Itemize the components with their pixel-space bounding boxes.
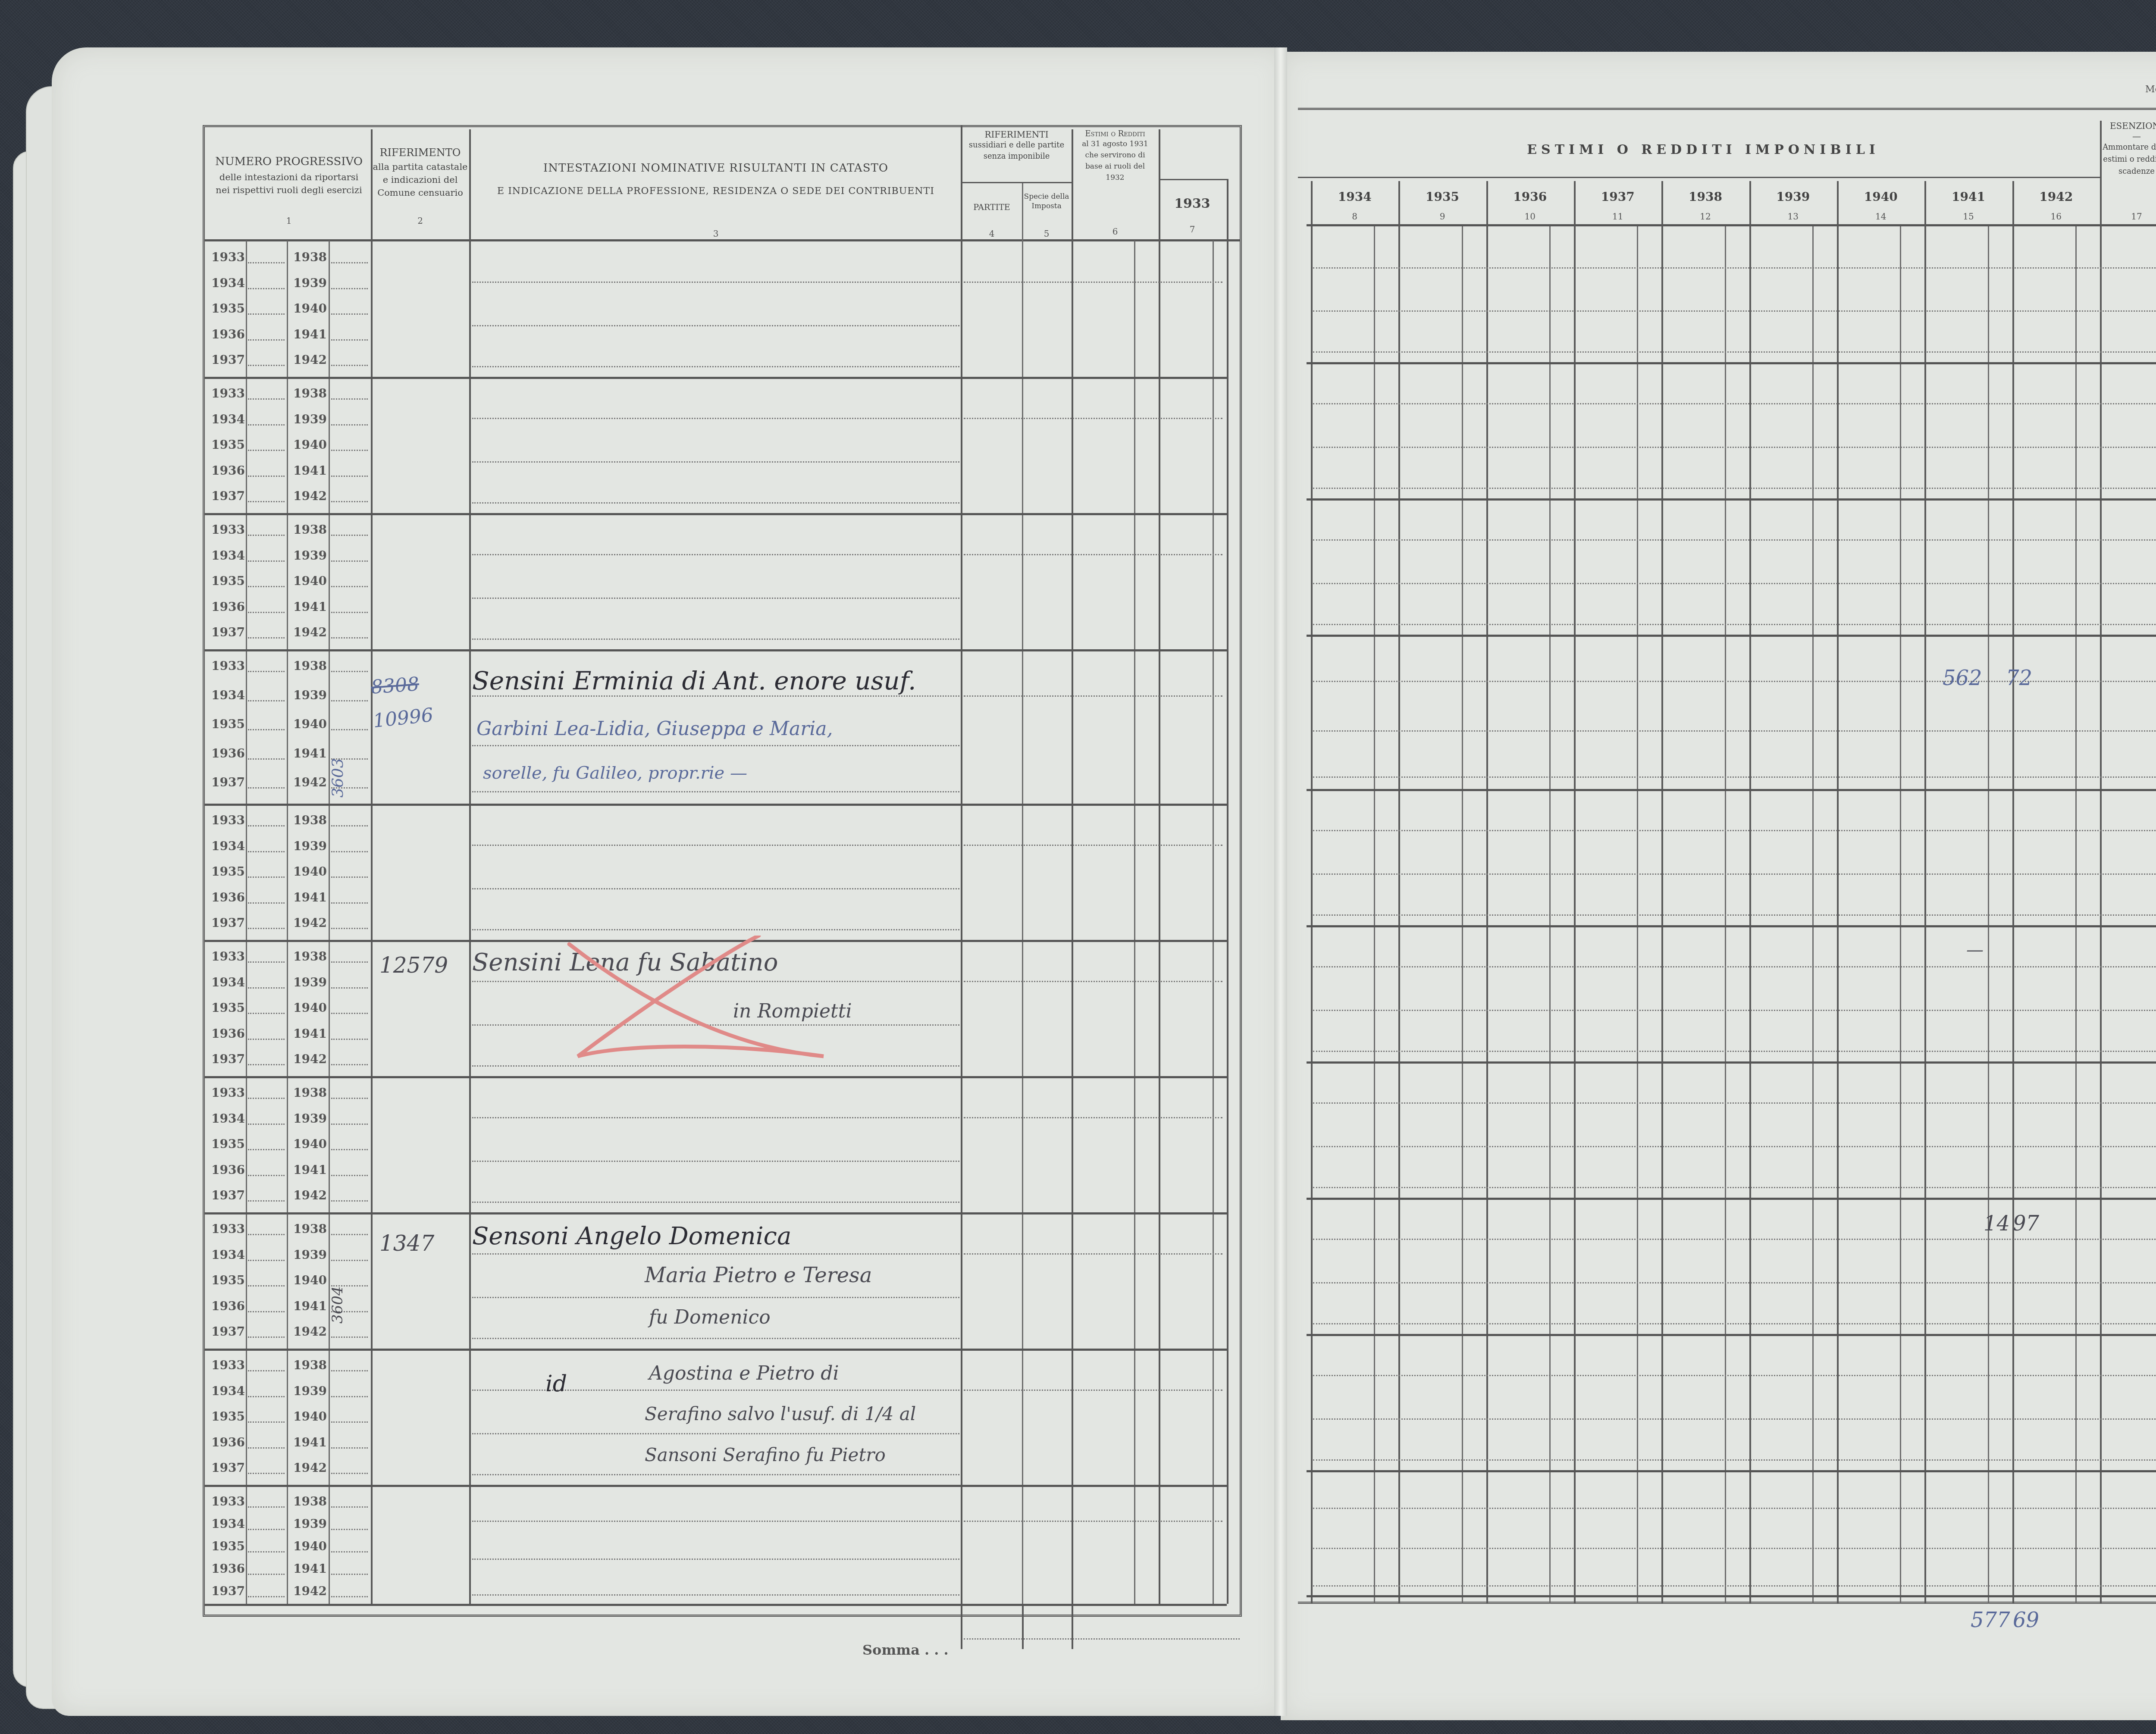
col1-subdivider	[246, 241, 247, 1604]
dotted-line	[331, 1200, 368, 1202]
amount-1941-lire: 562	[1943, 666, 1982, 690]
year-label: 1940	[293, 717, 327, 731]
dotted-line	[248, 365, 285, 366]
dotted-line	[248, 560, 285, 562]
col-number-9: 9	[1398, 211, 1486, 222]
col-divider	[1749, 181, 1751, 1604]
col-number-14: 14	[1837, 211, 1924, 222]
dotted-line	[331, 262, 368, 263]
year-label: 1939	[293, 1111, 327, 1126]
year-label: 1938	[293, 813, 327, 827]
row-separator	[205, 804, 1227, 806]
row-separator	[205, 513, 1227, 515]
year-header-1938: 1938	[1661, 190, 1749, 204]
year-header-1936: 1936	[1486, 190, 1574, 204]
col-number-13: 13	[1749, 211, 1837, 222]
dotted-line	[248, 987, 285, 989]
row-separator	[1307, 789, 2156, 791]
header-bottom-rule	[205, 239, 1240, 241]
dotted-line	[248, 902, 285, 904]
dotted-line	[331, 987, 368, 989]
year-label: 1937	[211, 1461, 245, 1475]
dotted-line	[331, 476, 368, 477]
year-label: 1942	[293, 1188, 327, 1202]
dotted-line	[472, 1474, 959, 1475]
dotted-line	[1313, 1239, 2156, 1240]
year-label: 1941	[293, 463, 327, 478]
dotted-line	[248, 501, 285, 502]
row-separator	[1307, 635, 2156, 637]
col-number-5: 5	[1023, 228, 1070, 239]
amount-1941-dash: —	[1966, 940, 1984, 960]
amount-1941-cent: 97	[2013, 1211, 2039, 1236]
dotted-line	[331, 398, 368, 400]
dotted-line	[1313, 1051, 2156, 1052]
dotted-line	[248, 424, 285, 426]
year-label: 1935	[211, 574, 245, 588]
dotted-line	[1313, 1146, 2156, 1147]
header-col1-title: NUMERO PROGRESSIVO	[207, 155, 371, 168]
year-label: 1939	[293, 688, 327, 702]
dotted-line	[248, 1396, 285, 1397]
year-label: 1939	[293, 1384, 327, 1398]
dotted-line	[248, 1336, 285, 1338]
dotted-line	[331, 1473, 368, 1474]
dotted-line	[472, 791, 959, 792]
dotted-line	[331, 424, 368, 426]
dotted-line	[331, 1574, 368, 1575]
entry-line: Sensoni Angelo Domenica	[472, 1222, 791, 1250]
col-number-3: 3	[470, 228, 962, 239]
year-label: 1938	[293, 386, 327, 401]
year-header-1934: 1934	[1311, 190, 1398, 204]
entry-line: Garbini Lea-Lidia, Giuseppa e Maria,	[476, 718, 833, 740]
dotted-line	[472, 502, 959, 504]
dotted-line	[964, 554, 1222, 555]
col-divider	[961, 125, 962, 1604]
dotted-line	[331, 612, 368, 613]
dotted-line	[331, 288, 368, 289]
year-label: 1940	[293, 574, 327, 588]
dotted-line	[964, 1521, 1222, 1522]
dotted-line	[331, 501, 368, 502]
dotted-line	[1313, 1102, 2156, 1104]
col1-subdivider	[287, 241, 288, 1604]
dotted-line	[331, 560, 368, 562]
dotted-line	[248, 476, 285, 477]
year-label: 1937	[211, 775, 245, 789]
year-label: 1936	[211, 327, 245, 341]
row-separator	[1307, 1061, 2156, 1064]
year-label: 1938	[293, 1358, 327, 1372]
dotted-line	[248, 1098, 285, 1099]
header-col7-year: 1933	[1160, 196, 1225, 211]
year-label: 1938	[293, 1222, 327, 1236]
year-label: 1939	[293, 276, 327, 290]
year-label: 1938	[293, 523, 327, 537]
dotted-line	[472, 845, 959, 846]
year-label: 1935	[211, 301, 245, 316]
dotted-line	[331, 313, 368, 315]
col-number-4: 4	[962, 228, 1022, 239]
dotted-line	[1313, 1187, 2156, 1188]
dotted-line	[331, 339, 368, 341]
dotted-line	[1313, 267, 2156, 269]
dotted-line	[331, 851, 368, 852]
dotted-line	[1313, 1375, 2156, 1376]
year-label: 1934	[211, 548, 245, 563]
amount-1941-lire: 14	[1984, 1211, 2010, 1236]
dotted-line	[248, 729, 285, 730]
header-col1: NUMERO PROGRESSIVO delle intestazioni da…	[207, 155, 371, 197]
dotted-line	[472, 1521, 959, 1522]
red-cross-out-mark	[561, 936, 906, 1074]
dotted-line	[248, 928, 285, 929]
year-label: 1938	[293, 1086, 327, 1100]
year-header-1940: 1940	[1837, 190, 1924, 204]
dotted-line	[248, 1529, 285, 1530]
col-divider	[1072, 1606, 1073, 1649]
col-number-2: 2	[372, 216, 469, 226]
esenzioni-title: ESENZIONI	[2100, 121, 2156, 131]
year-label: 1936	[211, 463, 245, 478]
year-label: 1934	[211, 1384, 245, 1398]
sum-1941-cent: 69	[2013, 1608, 2039, 1632]
dotted-line	[1313, 830, 2156, 831]
dotted-line	[331, 1234, 368, 1235]
dotted-line	[1313, 1585, 2156, 1587]
col-number-8: 8	[1311, 211, 1398, 222]
col-number-1: 1	[207, 216, 371, 226]
col-divider	[1574, 181, 1576, 1604]
dotted-line	[331, 1596, 368, 1597]
year-label: 1941	[293, 1299, 327, 1313]
year-header-1937: 1937	[1574, 190, 1661, 204]
year-label: 1935	[211, 1539, 245, 1553]
col-divider	[1924, 181, 1926, 1604]
col1-subdivider	[329, 241, 330, 1604]
header-col4-5-group: RIFERIMENTI sussidiari e delle partite s…	[962, 129, 1072, 162]
dotted-line	[331, 729, 368, 730]
year-label: 1937	[211, 1188, 245, 1202]
dotted-line	[248, 1149, 285, 1150]
year-label: 1934	[211, 412, 245, 426]
dotted-line	[472, 745, 959, 746]
row-separator	[1307, 362, 2156, 364]
dotted-line	[472, 1338, 959, 1339]
year-label: 1933	[211, 1086, 245, 1100]
dotted-line	[248, 1447, 285, 1449]
dotted-line	[331, 1064, 368, 1065]
year-label: 1941	[293, 890, 327, 905]
dotted-line	[1313, 873, 2156, 875]
col-divider	[1022, 1606, 1024, 1649]
year-label: 1935	[211, 1273, 245, 1287]
row-separator	[1307, 1198, 2156, 1200]
entry-line: Serafino salvo l'usuf. di 1/4 al	[645, 1403, 916, 1424]
dotted-line	[248, 1596, 285, 1597]
col-divider	[1837, 181, 1839, 1604]
year-label: 1935	[211, 717, 245, 731]
row-separator	[205, 1349, 1227, 1351]
col-divider	[1227, 179, 1228, 1604]
entry-side-number: 3603	[329, 746, 347, 798]
year-label: 1941	[293, 327, 327, 341]
dotted-line	[472, 888, 959, 889]
header-col3: INTESTAZIONI NOMINATIVE RISULTANTI IN CA…	[470, 162, 962, 197]
dotted-line	[331, 1421, 368, 1423]
dotted-line	[248, 1285, 285, 1286]
year-label: 1934	[211, 688, 245, 702]
header-bottom-rule	[1307, 224, 2156, 226]
year-label: 1939	[293, 1248, 327, 1262]
dotted-line	[248, 637, 285, 639]
year-label: 1939	[293, 839, 327, 853]
dotted-line	[248, 851, 285, 852]
dotted-line	[472, 1161, 959, 1162]
row-separator	[1307, 1334, 2156, 1336]
year-label: 1933	[211, 813, 245, 827]
dotted-line	[1313, 583, 2156, 584]
book-spine-gutter	[1274, 47, 1287, 1716]
year-label: 1942	[293, 775, 327, 789]
year-label: 1941	[293, 1562, 327, 1576]
col-number-7: 7	[1160, 224, 1225, 235]
col-number-15: 15	[1924, 211, 2012, 222]
dotted-line	[472, 282, 959, 283]
year-label: 1933	[211, 386, 245, 401]
dotted-line	[248, 825, 285, 826]
year-label: 1942	[293, 1324, 327, 1339]
dotted-line	[331, 1529, 368, 1530]
dotted-line	[248, 671, 285, 672]
form-identifier: Mod. 111 - Imposte Dirette (Intercalare)…	[2145, 84, 2156, 95]
dotted-line	[331, 535, 368, 536]
dotted-line	[331, 1124, 368, 1125]
dotted-line	[472, 695, 959, 697]
dotted-line	[331, 825, 368, 826]
row-separator	[205, 649, 1227, 651]
dotted-line	[248, 1234, 285, 1235]
header-divider	[1160, 179, 1227, 180]
header-col1-sub: delle intestazioni da riportarsi nei ris…	[207, 171, 371, 197]
col-number-11: 11	[1574, 211, 1661, 222]
year-label: 1941	[293, 600, 327, 614]
year-label: 1936	[211, 1435, 245, 1449]
left-table-frame	[203, 125, 1242, 1617]
amount-1941-cent: 72	[2006, 666, 2032, 690]
right-table-frame	[1298, 108, 2156, 1604]
dotted-line	[331, 586, 368, 587]
dotted-line	[472, 639, 959, 640]
entry-line: Sensini Erminia di Ant. enore usuf.	[472, 666, 916, 695]
col-divider	[1486, 181, 1488, 1604]
year-label: 1939	[293, 548, 327, 563]
col-divider	[469, 129, 471, 1604]
col-divider	[961, 1606, 962, 1649]
dotted-line	[248, 1311, 285, 1312]
dotted-line	[248, 1200, 285, 1202]
dotted-line	[964, 1390, 1222, 1391]
year-label: 1940	[293, 1409, 327, 1424]
col-divider	[2012, 181, 2014, 1604]
header-col4: PARTITE	[962, 203, 1022, 212]
dotted-line	[248, 1013, 285, 1014]
entry-partita: 1347	[379, 1231, 434, 1256]
year-label: 1936	[211, 600, 245, 614]
header-col5: Specie della Imposta	[1023, 192, 1070, 211]
year-label: 1933	[211, 659, 245, 673]
header-col45-sub: sussidiari e delle partite senza imponib…	[962, 140, 1072, 162]
dotted-line	[1313, 914, 2156, 916]
year-header-1939: 1939	[1749, 190, 1837, 204]
dotted-line	[248, 586, 285, 587]
year-label: 1937	[211, 1324, 245, 1339]
dotted-line	[331, 902, 368, 904]
dotted-line	[248, 1506, 285, 1508]
entry-line: Agostina e Pietro di	[649, 1362, 839, 1384]
dotted-line	[472, 1202, 959, 1203]
sum-dotted-line	[964, 1638, 1240, 1640]
dotted-line	[248, 450, 285, 451]
dotted-line	[248, 1064, 285, 1065]
dotted-line	[331, 1175, 368, 1176]
dotted-line	[1313, 1459, 2156, 1461]
year-label: 1938	[293, 659, 327, 673]
dotted-line	[331, 928, 368, 929]
dotted-line	[248, 758, 285, 760]
year-label: 1941	[293, 746, 327, 761]
dotted-line	[248, 1421, 285, 1423]
dotted-line	[248, 398, 285, 400]
dotted-line	[964, 1253, 1222, 1255]
col-divider	[1159, 129, 1160, 1604]
dotted-line	[964, 981, 1222, 982]
dotted-line	[331, 1370, 368, 1371]
year-label: 1933	[211, 1494, 245, 1509]
year-label: 1933	[211, 523, 245, 537]
dotted-line	[331, 1013, 368, 1014]
dotted-line	[964, 418, 1222, 419]
dotted-line	[248, 612, 285, 613]
col-number-6: 6	[1072, 226, 1158, 237]
dotted-line	[331, 671, 368, 672]
year-label: 1942	[293, 1461, 327, 1475]
dotted-line	[1313, 1010, 2156, 1011]
year-label: 1938	[293, 1494, 327, 1509]
year-header-1935: 1935	[1398, 190, 1486, 204]
dotted-line	[964, 695, 1222, 697]
dotted-line	[1313, 776, 2156, 778]
dotted-line	[472, 461, 959, 463]
year-label: 1942	[293, 625, 327, 639]
year-label: 1933	[211, 250, 245, 264]
header-col6-title: Estimi o Redditi	[1072, 129, 1158, 138]
year-label: 1937	[211, 1584, 245, 1598]
entry-partita-old: 8308	[370, 673, 420, 698]
row-separator	[205, 1485, 1227, 1487]
dotted-line	[472, 366, 959, 367]
year-label: 1937	[211, 489, 245, 503]
dotted-line	[472, 1253, 959, 1255]
entry-side-number: 3604	[329, 1276, 346, 1324]
dotted-line	[331, 700, 368, 701]
col-divider	[2100, 121, 2102, 1604]
year-label: 1939	[293, 1517, 327, 1531]
year-label: 1942	[293, 353, 327, 367]
dotted-line	[964, 845, 1222, 846]
col-divider	[1311, 181, 1313, 1604]
header-esenzioni: ESENZIONI — Ammontare degli estimi o red…	[2100, 121, 2156, 178]
year-label: 1940	[293, 1273, 327, 1287]
entry-ditto-mark: id	[545, 1371, 567, 1397]
year-label: 1935	[211, 438, 245, 452]
dotted-line	[1313, 1323, 2156, 1324]
header-col2-title: RIFERIMENTO	[372, 147, 469, 159]
dotted-line	[1313, 310, 2156, 312]
dotted-line	[1313, 1508, 2156, 1509]
year-label: 1941	[293, 1163, 327, 1177]
dotted-line	[1313, 1418, 2156, 1420]
year-label: 1937	[211, 625, 245, 639]
dotted-line	[248, 700, 285, 701]
dotted-line	[248, 1260, 285, 1261]
dotted-line	[248, 313, 285, 315]
year-label: 1937	[211, 1052, 245, 1066]
dotted-line	[472, 1559, 959, 1560]
col-number-12: 12	[1661, 211, 1749, 222]
dotted-line	[331, 961, 368, 963]
header-col3-sub: E INDICAZIONE DELLA PROFESSIONE, RESIDEN…	[470, 186, 962, 197]
dotted-line	[248, 1039, 285, 1040]
col-divider	[1072, 129, 1073, 1604]
year-label: 1934	[211, 975, 245, 989]
dotted-line	[1313, 1548, 2156, 1549]
esenzioni-dash: —	[2100, 131, 2156, 141]
dotted-line	[331, 1098, 368, 1099]
year-label: 1933	[211, 949, 245, 964]
sum-label: Somma . . .	[862, 1642, 949, 1658]
dotted-line	[1313, 730, 2156, 732]
year-label: 1934	[211, 839, 245, 853]
dotted-line	[331, 1260, 368, 1261]
dotted-line	[472, 554, 959, 555]
dotted-line	[1313, 966, 2156, 967]
dotted-line	[331, 876, 368, 878]
dotted-line	[248, 1574, 285, 1575]
dotted-line	[964, 1117, 1222, 1118]
year-label: 1939	[293, 412, 327, 426]
row-separator	[205, 1604, 1227, 1606]
dotted-line	[1313, 624, 2156, 625]
dotted-line	[331, 1396, 368, 1397]
dotted-line	[472, 598, 959, 599]
year-label: 1942	[293, 1584, 327, 1598]
col-divider	[1398, 181, 1400, 1604]
year-label: 1940	[293, 864, 327, 879]
header-col45-title: RIFERIMENTI	[962, 129, 1072, 140]
dotted-line	[248, 876, 285, 878]
dotted-line	[472, 1117, 959, 1118]
year-label: 1942	[293, 489, 327, 503]
dotted-line	[1313, 1282, 2156, 1283]
dotted-line	[472, 929, 959, 930]
dotted-line	[472, 1433, 959, 1434]
year-label: 1934	[211, 1248, 245, 1262]
year-header-1941: 1941	[1924, 190, 2012, 204]
year-label: 1936	[211, 890, 245, 905]
entry-line: Maria Pietro e Teresa	[645, 1263, 872, 1287]
